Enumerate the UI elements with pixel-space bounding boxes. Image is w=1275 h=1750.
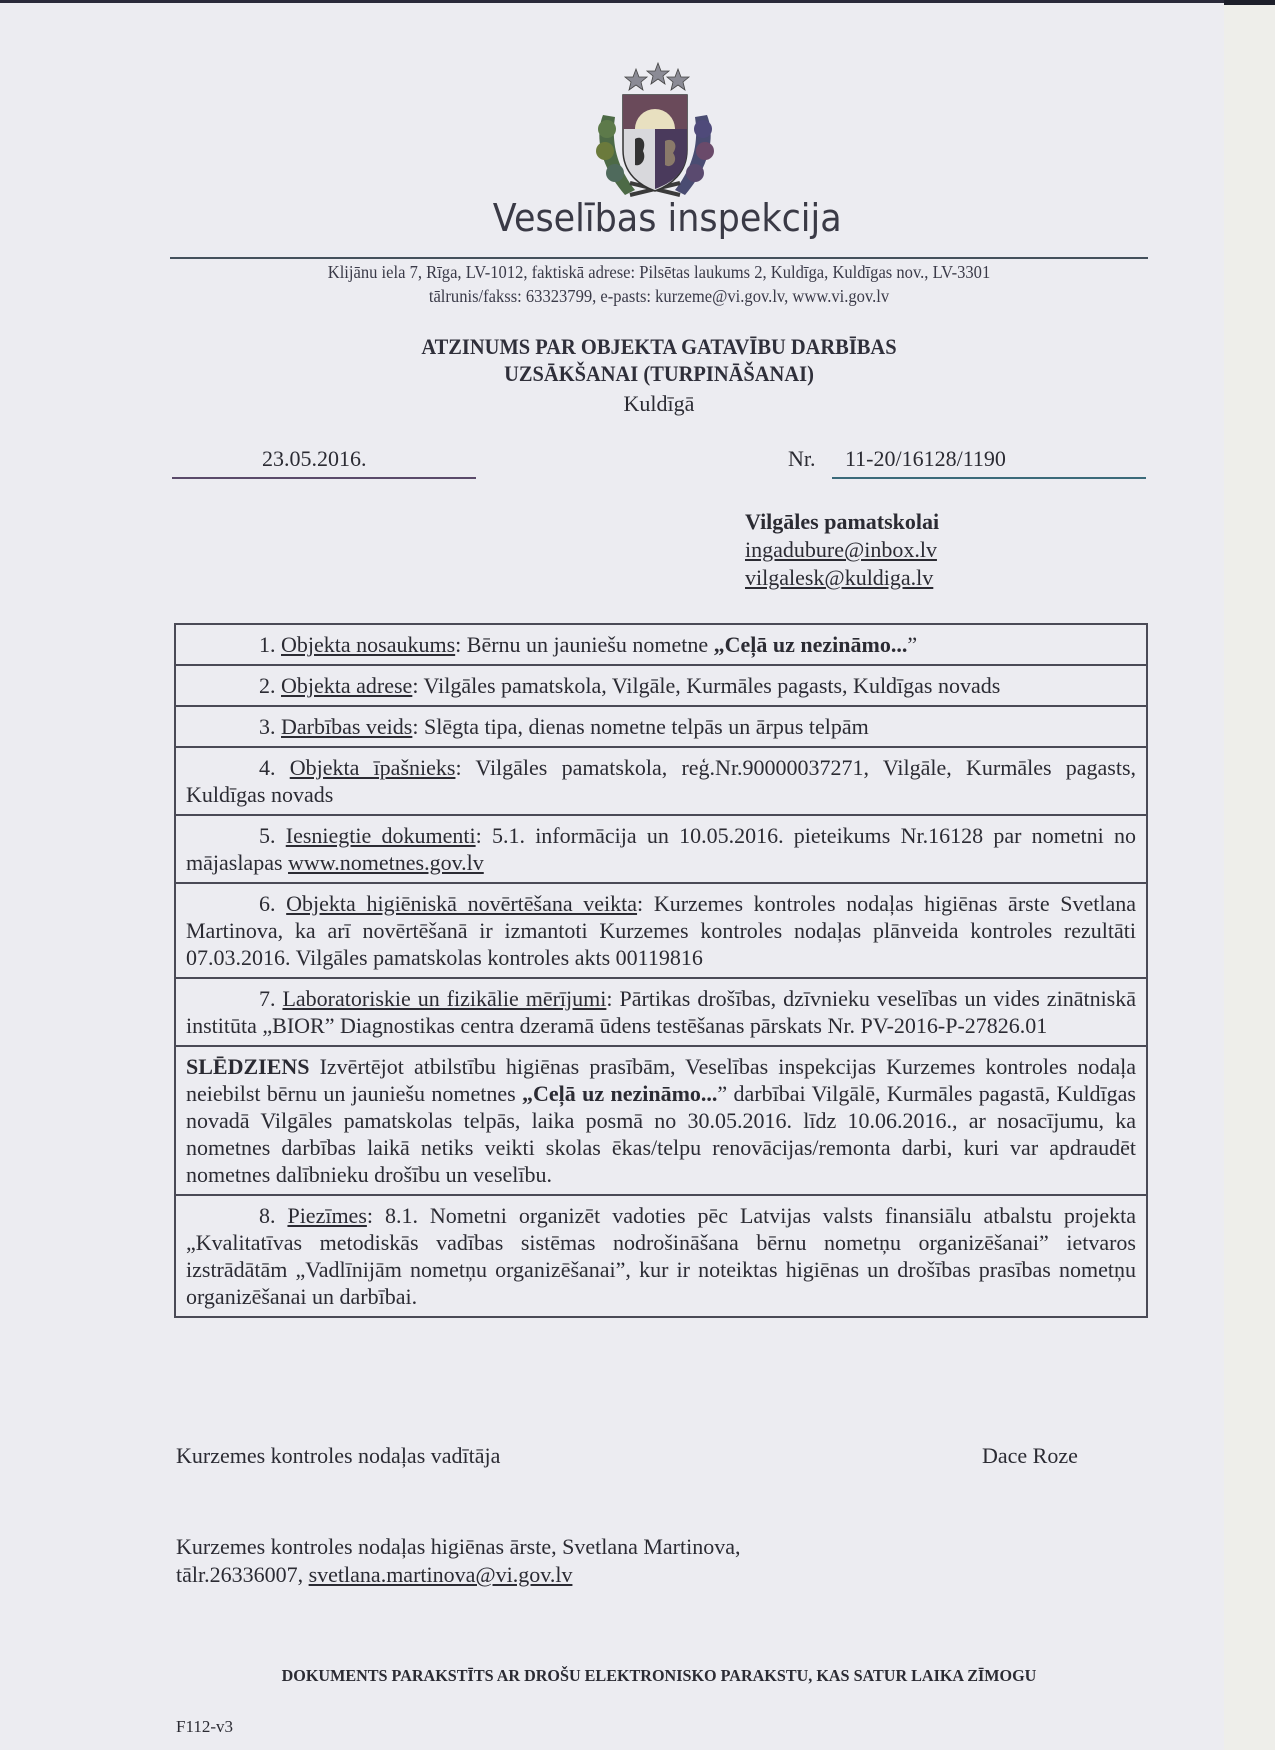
- website-link[interactable]: www.nometnes.gov.lv: [288, 850, 484, 875]
- signatory-name: Dace Roze: [982, 1443, 1078, 1469]
- table-row: 5. Iesniegtie dokumenti: 5.1. informācij…: [176, 816, 1146, 884]
- scan-margin-edge: [1224, 0, 1275, 5]
- row-text: : Vilgāles pamatskola, Vilgāle, Kurmāles…: [412, 673, 1000, 698]
- date-underline: [172, 477, 476, 479]
- form-code: F112-v3: [176, 1717, 233, 1737]
- address-line: Klijānu iela 7, Rīga, LV-1012, faktiskā …: [209, 262, 1109, 283]
- row-label: Iesniegtie dokumenti: [286, 823, 476, 848]
- row-number: 3.: [259, 714, 276, 739]
- scan-top-edge: [0, 0, 1224, 3]
- organization-name: Veselības inspekcija: [49, 196, 1175, 240]
- recipient-name: Vilgāles pamatskolai: [745, 508, 939, 536]
- row-label: Objekta īpašnieks: [290, 755, 456, 780]
- latvia-coat-of-arms-icon: [585, 55, 725, 205]
- table-row: 7. Laboratoriskie un fizikālie mērījumi:…: [176, 979, 1146, 1047]
- electronic-signature-notice: DOKUMENTS PARAKSTĪTS AR DROŠU ELEKTRONIS…: [194, 1666, 1123, 1686]
- row-number: 6.: [259, 891, 276, 916]
- row-label: Darbības veids: [281, 714, 412, 739]
- row-number: 7.: [259, 986, 276, 1011]
- table-row: 4. Objekta īpašnieks: Vilgāles pamatskol…: [176, 748, 1146, 816]
- row-number: 4.: [259, 755, 276, 780]
- document-title-line1: ATZINUMS PAR OBJEKTA GATAVĪBU DARBĪBAS: [204, 334, 1114, 360]
- recipient-block: Vilgāles pamatskolai ingadubure@inbox.lv…: [745, 508, 939, 592]
- number-underline: [832, 477, 1146, 479]
- row-label: Laboratoriskie un fizikālie mērījumi: [282, 986, 606, 1011]
- scan-margin: [1224, 0, 1275, 1750]
- document-title-line2: UZSĀKŠANAI (TURPINĀŠANAI): [204, 361, 1114, 387]
- row-text: : Slēgta tipa, dienas nometne telpās un …: [412, 714, 868, 739]
- document-number-label: Nr.: [788, 446, 816, 472]
- table-row: 6. Objekta higiēniskā novērtēšana veikta…: [176, 884, 1146, 979]
- row-label: Objekta adrese: [281, 673, 412, 698]
- conclusion-row: SLĒDZIENS Izvērtējot atbilstību higiēnas…: [176, 1047, 1146, 1196]
- contact-person: Kurzemes kontroles nodaļas higiēnas ārst…: [176, 1533, 741, 1561]
- header-divider: [170, 257, 1148, 259]
- conclusion-label: SLĒDZIENS: [186, 1054, 310, 1079]
- row-label: Objekta nosaukums: [281, 632, 455, 657]
- signatory-role: Kurzemes kontroles nodaļas vadītāja: [176, 1443, 500, 1469]
- table-row: 1. Objekta nosaukums: Bērnu un jauniešu …: [176, 625, 1146, 666]
- camp-name: „Ceļā uz nezināmo...: [714, 632, 908, 657]
- document-page: Veselības inspekcija Klijānu iela 7, Rīg…: [0, 0, 1224, 1750]
- document-place: Kuldīgā: [170, 391, 1148, 417]
- table-row: 2. Objekta adrese: Vilgāles pamatskola, …: [176, 666, 1146, 707]
- row-label: Piezīmes: [287, 1203, 366, 1228]
- row-number: 8.: [259, 1203, 276, 1228]
- camp-name: „Ceļā uz nezināmo...: [522, 1081, 717, 1106]
- contact-block: Kurzemes kontroles nodaļas higiēnas ārst…: [176, 1533, 741, 1589]
- document-date: 23.05.2016.: [262, 446, 367, 472]
- row-number: 2.: [259, 673, 276, 698]
- contact-email-link[interactable]: svetlana.martinova@vi.gov.lv: [309, 1562, 573, 1587]
- notes-row: 8. Piezīmes: 8.1. Nometni organizēt vado…: [176, 1196, 1146, 1316]
- row-text: ”: [907, 632, 917, 657]
- row-text: : Bērnu un jauniešu nometne: [455, 632, 713, 657]
- table-row: 3. Darbības veids: Slēgta tipa, dienas n…: [176, 707, 1146, 748]
- row-number: 5.: [259, 823, 276, 848]
- row-number: 1.: [259, 632, 276, 657]
- recipient-email-link[interactable]: vilgalesk@kuldiga.lv: [745, 564, 939, 592]
- recipient-email-link[interactable]: ingadubure@inbox.lv: [745, 536, 939, 564]
- contact-phone: tālr.26336007,: [176, 1562, 309, 1587]
- document-number: 11-20/16128/1190: [845, 446, 1006, 472]
- contact-line: tālrunis/fakss: 63323799, e-pasts: kurze…: [209, 286, 1109, 307]
- row-label: Objekta higiēniskā novērtēšana veikta: [286, 891, 637, 916]
- findings-table: 1. Objekta nosaukums: Bērnu un jauniešu …: [174, 623, 1148, 1318]
